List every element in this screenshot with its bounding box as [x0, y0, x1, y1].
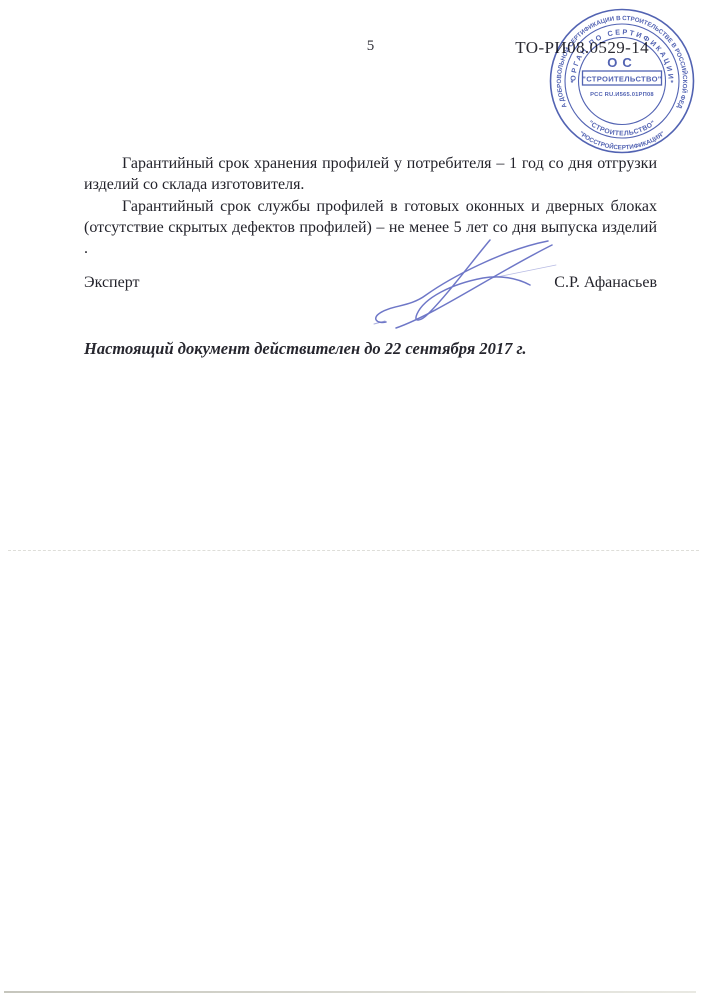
stamp-inner-bottom-text: • "СТРОИТЕЛЬСТВО" • — [547, 6, 659, 137]
page-edge-line — [4, 991, 696, 993]
signature-stroke-cross — [416, 240, 530, 320]
signature-stroke-faint-line — [492, 265, 556, 278]
svg-text:• "СТРОИТЕЛЬСТВО" •: • "СТРОИТЕЛЬСТВО" • — [547, 6, 659, 137]
validity-statement: Настоящий документ действителен до 22 се… — [84, 339, 527, 359]
fold-line — [8, 550, 699, 551]
paragraph-warranty-storage: Гарантийный срок хранения профилей у пот… — [84, 153, 657, 196]
stamp-center-name: "СТРОИТЕЛЬСТВО" — [582, 75, 661, 84]
paragraph-warranty-service: Гарантийный срок службы профилей в готов… — [84, 196, 657, 260]
expert-name: С.Р. Афанасьев — [554, 274, 657, 292]
certification-stamp-seal: СИСТЕМА ДОБРОВОЛЬНОЙ СЕРТИФИКАЦИИ В СТРО… — [547, 6, 697, 156]
stamp-center-registration: РСС RU.И565.01РП08 — [590, 92, 654, 98]
expert-label: Эксперт — [84, 274, 139, 292]
warranty-text-block: Гарантийный срок хранения профилей у пот… — [84, 153, 657, 259]
stamp-center-abbr: ОС — [607, 55, 637, 70]
stamp-separator-star-left: * — [571, 80, 574, 87]
expert-signature-row: Эксперт С.Р. Афанасьев — [84, 274, 657, 292]
stamp-separator-star-right: * — [671, 80, 674, 87]
document-page: 5 ТО-РИ08.0529-14 СИСТЕМА ДОБРОВОЛЬНОЙ С… — [0, 0, 707, 1000]
expert-signature-scrawl — [372, 236, 557, 331]
signature-stroke-diagonal — [396, 245, 552, 328]
